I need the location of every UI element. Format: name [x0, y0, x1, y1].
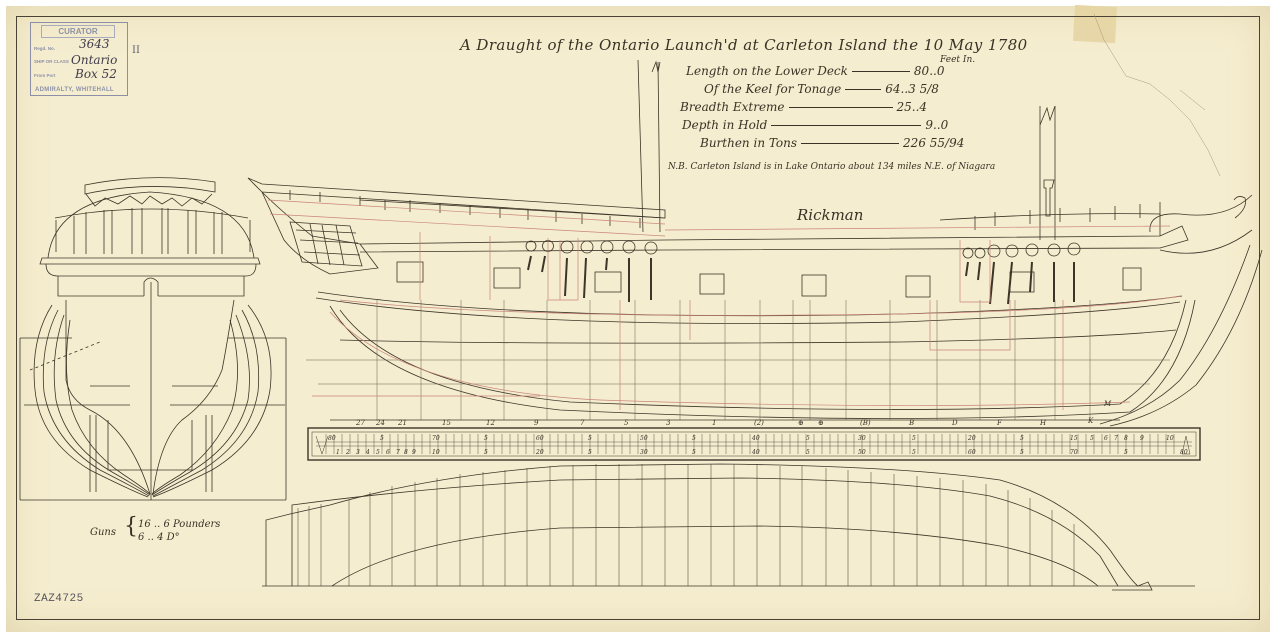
- svg-text:5: 5: [376, 449, 380, 456]
- red-construction-lines: [268, 200, 1180, 410]
- svg-text:40: 40: [751, 449, 760, 456]
- svg-text:5: 5: [588, 449, 592, 456]
- svg-text:K: K: [1087, 417, 1094, 425]
- svg-text:70: 70: [1070, 449, 1078, 456]
- svg-text:3: 3: [356, 449, 360, 456]
- svg-text:5: 5: [484, 449, 488, 456]
- body-plan: [20, 178, 286, 500]
- svg-text:20: 20: [535, 449, 544, 456]
- svg-text:5: 5: [692, 449, 696, 456]
- svg-text:7: 7: [580, 419, 585, 427]
- svg-text:5: 5: [624, 419, 629, 427]
- svg-text:10: 10: [432, 449, 440, 456]
- svg-text:15: 15: [1070, 435, 1078, 442]
- svg-text:1: 1: [712, 419, 716, 427]
- svg-text:27: 27: [355, 419, 365, 427]
- svg-text:5: 5: [806, 435, 810, 442]
- svg-text:30: 30: [858, 435, 866, 442]
- svg-text:5: 5: [912, 449, 916, 456]
- station-labels: 272421 15129 753 1(2)⊕ ⊕(B)B DFH KM: [355, 400, 1112, 427]
- svg-text:4: 4: [365, 449, 370, 456]
- svg-text:2: 2: [345, 449, 350, 456]
- svg-text:3: 3: [666, 419, 671, 427]
- svg-text:70: 70: [432, 435, 440, 442]
- svg-text:9: 9: [534, 419, 539, 427]
- svg-text:5: 5: [1020, 435, 1024, 442]
- svg-text:15: 15: [442, 419, 451, 427]
- svg-text:(2): (2): [754, 419, 764, 427]
- svg-text:D: D: [951, 419, 958, 427]
- sheer-plan: [248, 60, 1262, 426]
- svg-text:80: 80: [328, 435, 336, 442]
- svg-text:40: 40: [751, 435, 760, 442]
- svg-text:50: 50: [640, 435, 648, 442]
- svg-text:60: 60: [536, 435, 544, 442]
- svg-text:50: 50: [858, 449, 866, 456]
- svg-text:5: 5: [380, 435, 384, 442]
- ship-draught-drawing: 272421 15129 753 1(2)⊕ ⊕(B)B DFH KM 8057…: [0, 0, 1280, 636]
- svg-text:7: 7: [1114, 435, 1118, 442]
- svg-text:8: 8: [404, 449, 408, 456]
- svg-text:(B): (B): [860, 419, 871, 427]
- half-breadth-plan: [262, 464, 1195, 590]
- svg-text:9: 9: [412, 449, 416, 456]
- svg-text:5: 5: [1090, 435, 1094, 442]
- svg-text:H: H: [1039, 419, 1047, 427]
- svg-text:5: 5: [484, 435, 488, 442]
- svg-text:60: 60: [968, 449, 976, 456]
- svg-text:80: 80: [1180, 449, 1188, 456]
- svg-text:6: 6: [1104, 435, 1108, 442]
- svg-text:21: 21: [397, 419, 407, 427]
- paper-creases: [1094, 14, 1220, 176]
- svg-text:5: 5: [692, 435, 696, 442]
- svg-text:B: B: [908, 419, 914, 427]
- svg-text:5: 5: [1124, 449, 1128, 456]
- svg-text:9: 9: [1140, 435, 1144, 442]
- svg-text:M: M: [1103, 400, 1112, 408]
- svg-text:10: 10: [1166, 435, 1174, 442]
- svg-text:5: 5: [588, 435, 592, 442]
- svg-text:5: 5: [1020, 449, 1024, 456]
- svg-text:⊕: ⊕: [818, 419, 824, 427]
- svg-text:1: 1: [336, 449, 340, 456]
- svg-text:8: 8: [1124, 435, 1128, 442]
- svg-text:7: 7: [396, 449, 400, 456]
- svg-text:5: 5: [912, 435, 916, 442]
- svg-text:6: 6: [386, 449, 390, 456]
- svg-text:24: 24: [375, 419, 385, 427]
- svg-text:20: 20: [967, 435, 976, 442]
- svg-text:12: 12: [486, 419, 495, 427]
- svg-text:5: 5: [806, 449, 810, 456]
- svg-text:30: 30: [640, 449, 648, 456]
- svg-text:⊕: ⊕: [798, 419, 804, 427]
